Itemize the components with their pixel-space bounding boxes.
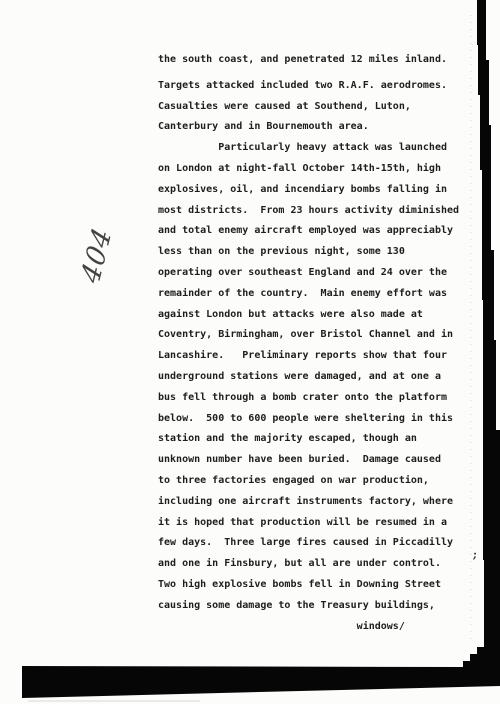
text-line: Canterbury and in Bournemouth area. xyxy=(158,117,459,138)
text-line: including one aircraft instruments facto… xyxy=(158,492,459,513)
text-line: Particularly heavy attack was launched xyxy=(158,138,459,159)
text-line: and total enemy aircraft employed was ap… xyxy=(158,221,459,242)
text-line: bus fell through a bomb crater onto the … xyxy=(158,388,459,409)
text-line: station and the majority escaped, though… xyxy=(158,429,459,450)
text-line: the south coast, and penetrated 12 miles… xyxy=(158,50,459,71)
text-line: and one in Finsbury, but all are under c… xyxy=(158,554,459,575)
text-line: below. 500 to 600 people were sheltering… xyxy=(158,409,459,430)
text-line: to three factories engaged on war produc… xyxy=(158,471,459,492)
text-line: remainder of the country. Main enemy eff… xyxy=(158,284,459,305)
typewritten-text: the south coast, and penetrated 12 miles… xyxy=(158,50,459,637)
text-line: causing some damage to the Treasury buil… xyxy=(158,596,459,617)
text-line: less than on the previous night, some 13… xyxy=(158,242,459,263)
text-line: Targets attacked included two R.A.F. aer… xyxy=(158,76,459,97)
text-line: few days. Three large fires caused in Pi… xyxy=(158,533,459,554)
text-line: operating over southeast England and 24 … xyxy=(158,263,459,284)
text-line: underground stations were damaged, and a… xyxy=(158,367,459,388)
scanned-document-page: 404 the south coast, and penetrated 12 m… xyxy=(0,0,500,704)
text-line: Casualties were caused at Southend, Luto… xyxy=(158,97,459,118)
text-line: Coventry, Birmingham, over Bristol Chann… xyxy=(158,325,459,346)
text-line: explosives, oil, and incendiary bombs fa… xyxy=(158,180,459,201)
text-line: most districts. From 23 hours activity d… xyxy=(158,201,459,222)
text-line: unknown number have been buried. Damage … xyxy=(158,450,459,471)
stray-ink-mark: ; xyxy=(473,548,478,561)
text-line: Lancashire. Preliminary reports show tha… xyxy=(158,346,459,367)
text-line: windows/ xyxy=(158,617,459,638)
text-line: against London but attacks were also mad… xyxy=(158,305,459,326)
text-line: on London at night-fall October 14th-15t… xyxy=(158,159,459,180)
text-line: Two high explosive bombs fell in Downing… xyxy=(158,575,459,596)
text-line: it is hoped that production will be resu… xyxy=(158,513,459,534)
handwritten-page-number: 404 xyxy=(73,212,121,299)
